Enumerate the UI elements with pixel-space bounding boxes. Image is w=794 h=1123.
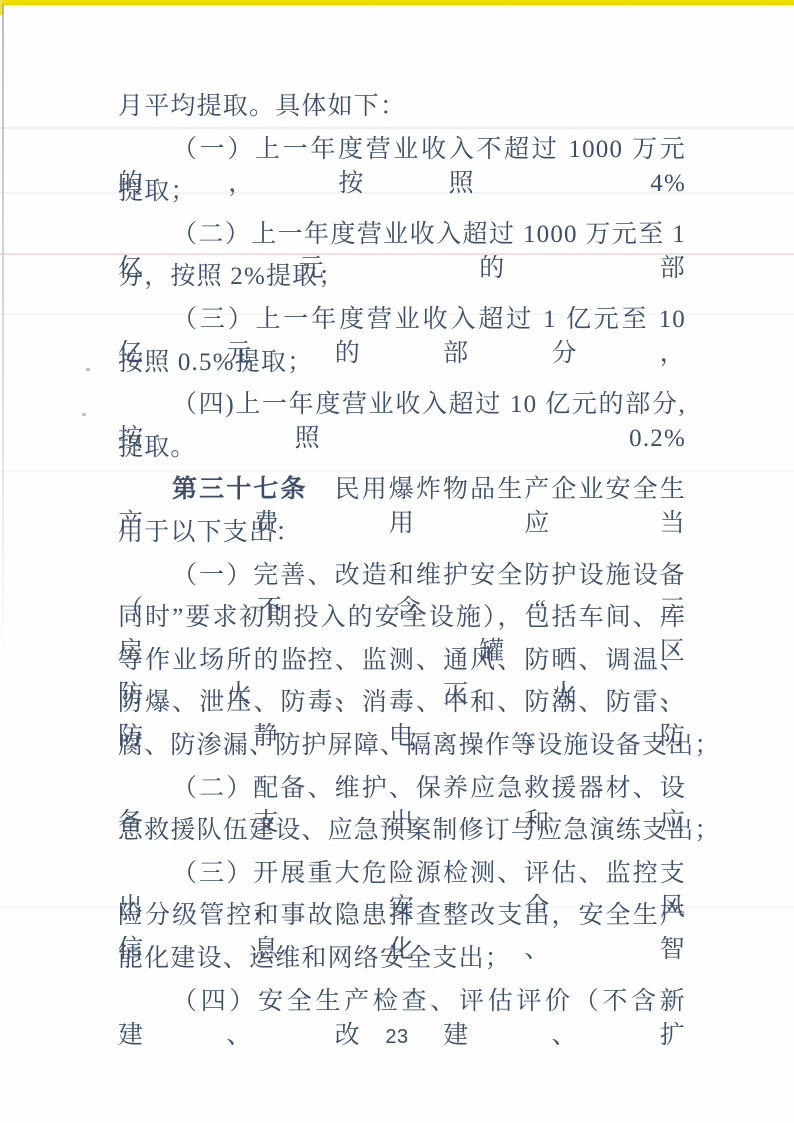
text-line: 急救援队伍建设、应急预案制修订与应急演练支出；	[118, 814, 686, 848]
text-line: （二）上一年度营业收入超过 1000 万元至 1 亿元的部	[118, 218, 686, 252]
text-line: 用于以下支出：	[118, 516, 686, 550]
text-line: （四)上一年度营业收入超过 10 亿元的部分,按照 0.2%	[118, 388, 686, 422]
text-line: （三）开展重大危险源检测、评估、监控支出，安全风	[118, 857, 686, 891]
text-line: 能化建设、运维和网络安全支出；	[118, 942, 686, 976]
text-line: 等作业场所的监控、监测、通风、防晒、调温、防火、灭火、	[118, 644, 686, 678]
text-line: 分，按照 2%提取；	[118, 260, 686, 294]
text-line: （二）配备、维护、保养应急救援器材、设备支出和应	[118, 772, 686, 806]
text-line: （一）上一年度营业收入不超过 1000 万元的，按照 4%	[118, 133, 686, 167]
document-body: 月平均提取。具体如下：（一）上一年度营业收入不超过 1000 万元的，按照 4%…	[0, 0, 794, 1123]
article-number-bold: 第三十七条	[172, 476, 308, 503]
document-page: 月平均提取。具体如下：（一）上一年度营业收入不超过 1000 万元的，按照 4%…	[0, 0, 794, 1123]
text-line: 腐、防渗漏、防护屏障、隔离操作等设施设备支出；	[118, 729, 686, 763]
text-line: （一）完善、改造和维护安全防护设施设备（不含“三	[118, 559, 686, 593]
text-line: 险分级管控和事故隐患排查整改支出，安全生产信息化、智	[118, 899, 686, 933]
page-number: 23	[0, 1026, 794, 1049]
text-line: 月平均提取。具体如下：	[118, 90, 686, 124]
text-line: 提取。	[118, 431, 686, 465]
text-line: 提取；	[118, 175, 686, 209]
text-line: 同时”要求初期投入的安全设施），包括车间、库房、罐区	[118, 601, 686, 635]
text-line: 第三十七条 民用爆炸物品生产企业安全生产费用应当	[118, 473, 686, 507]
text-line: 按照 0.5%提取；	[118, 346, 686, 380]
text-line: （三）上一年度营业收入超过 1 亿元至 10 亿元的部分，	[118, 303, 686, 337]
text-line: 防爆、泄压、防毒、消毒、中和、防潮、防雷、防静电、防	[118, 686, 686, 720]
text-line: （四）安全生产检查、评估评价（不含新建、改建、扩	[118, 985, 686, 1019]
